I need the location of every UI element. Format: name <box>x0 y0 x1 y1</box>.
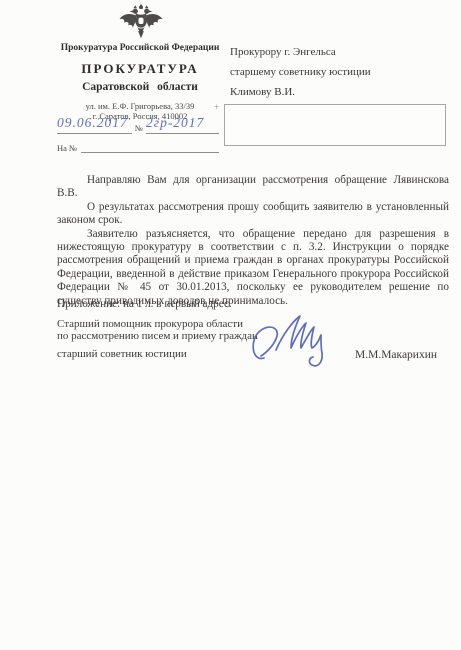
scanned-letter-page: Прокуратура Российской Федерации ПРОКУРА… <box>0 0 461 650</box>
signer-position-line-2: по рассмотрению писем и приему граждан <box>57 331 258 343</box>
addressee-line-3: Климову В.И. <box>230 82 371 102</box>
incoming-reference-row: На № <box>57 141 219 153</box>
org-region: Саратовской области <box>38 81 242 93</box>
registration-cross-mark: + <box>214 102 219 112</box>
outgoing-reference-row: 09.06.2017 № 2гр-2017 <box>57 114 219 134</box>
org-name: ПРОКУРАТУРА <box>38 61 242 77</box>
body-paragraph-3: Заявителю разъясняется, что обращение пе… <box>57 228 449 308</box>
addressee-line-2: старшему советнику юстиции <box>230 62 371 82</box>
handwritten-signature <box>248 308 358 377</box>
addressee-line-1: Прокурору г. Энгельса <box>230 42 371 62</box>
letter-body: Направляю Вам для организации рассмотрен… <box>57 174 449 308</box>
incoming-ref-line <box>81 141 219 153</box>
signer-position-line-1: Старший помощник прокурора области <box>57 319 258 331</box>
letterhead: Прокуратура Российской Федерации ПРОКУРА… <box>38 43 242 121</box>
attachment-line: Приложение: на 1 л. в первый адрес. <box>57 298 232 310</box>
body-paragraph-1: Направляю Вам для организации рассмотрен… <box>57 174 449 201</box>
signer-rank: старший советник юстиции <box>57 348 187 360</box>
handwritten-date: 09.06.2017 <box>57 115 128 130</box>
outgoing-number-label: № <box>132 123 146 134</box>
signer-position: Старший помощник прокурора области по ра… <box>57 319 258 342</box>
address-line-1: ул. им. Е.Ф. Григорьева, 33/39 <box>38 101 242 111</box>
signer-name: М.М.Макарихин <box>355 349 437 361</box>
outgoing-date-field: 09.06.2017 <box>57 114 132 134</box>
incoming-ref-label: На № <box>57 143 81 153</box>
addressee-block: Прокурору г. Энгельса старшему советнику… <box>230 42 371 102</box>
handwritten-number: 2гр-2017 <box>146 115 204 130</box>
outgoing-number-field: 2гр-2017 <box>146 114 219 134</box>
org-country-line: Прокуратура Российской Федерации <box>38 43 242 54</box>
stamp-box <box>224 104 446 146</box>
body-paragraph-2: О результатах рассмотрения прошу сообщит… <box>57 201 449 228</box>
